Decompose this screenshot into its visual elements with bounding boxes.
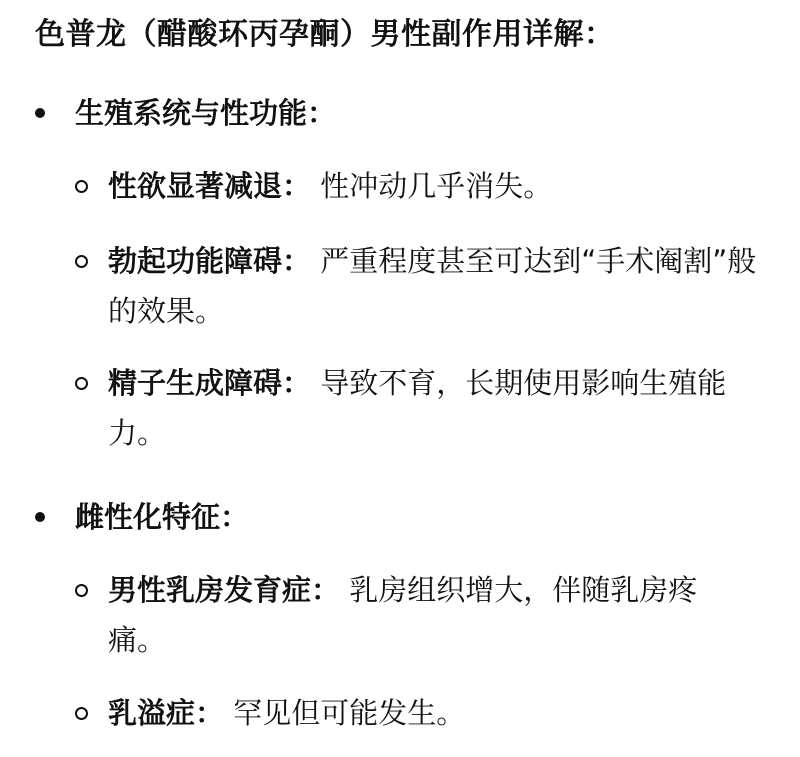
list-item: 男性乳房发育症： 乳房组织增大，伴随乳房疼痛。	[75, 565, 755, 665]
page-title: 色普龙（醋酸环丙孕酮）男性副作用详解：	[35, 14, 615, 56]
item-label: 性欲显著减退：	[108, 169, 311, 203]
bullet-circle-icon	[75, 584, 88, 597]
bullet-circle-icon	[75, 707, 88, 720]
item-label: 精子生成障碍：	[108, 366, 311, 400]
item-label: 乳溢症：	[108, 696, 224, 730]
item-label: 勃起功能障碍：	[108, 244, 311, 278]
document: 色普龙（醋酸环丙孕酮）男性副作用详解： 生殖系统与性功能： 性欲显著减退： 性冲…	[0, 0, 800, 757]
item-label: 男性乳房发育症：	[108, 573, 340, 607]
bullet-disc-icon	[35, 108, 45, 118]
bullet-circle-icon	[75, 377, 88, 390]
list-item: 性欲显著减退： 性冲动几乎消失。	[75, 161, 775, 211]
list-item: 乳溢症： 罕见但可能发生。	[75, 688, 775, 738]
bullet-circle-icon	[75, 255, 88, 268]
list-item: 精子生成障碍： 导致不育，长期使用影响生殖能力。	[75, 358, 755, 458]
list-item: 勃起功能障碍： 严重程度甚至可达到“手术阉割”般的效果。	[75, 236, 765, 336]
bullet-disc-icon	[35, 512, 45, 522]
item-text: 罕见但可能发生。	[224, 696, 465, 730]
bullet-circle-icon	[75, 180, 88, 193]
item-text: 性冲动几乎消失。	[311, 169, 552, 203]
